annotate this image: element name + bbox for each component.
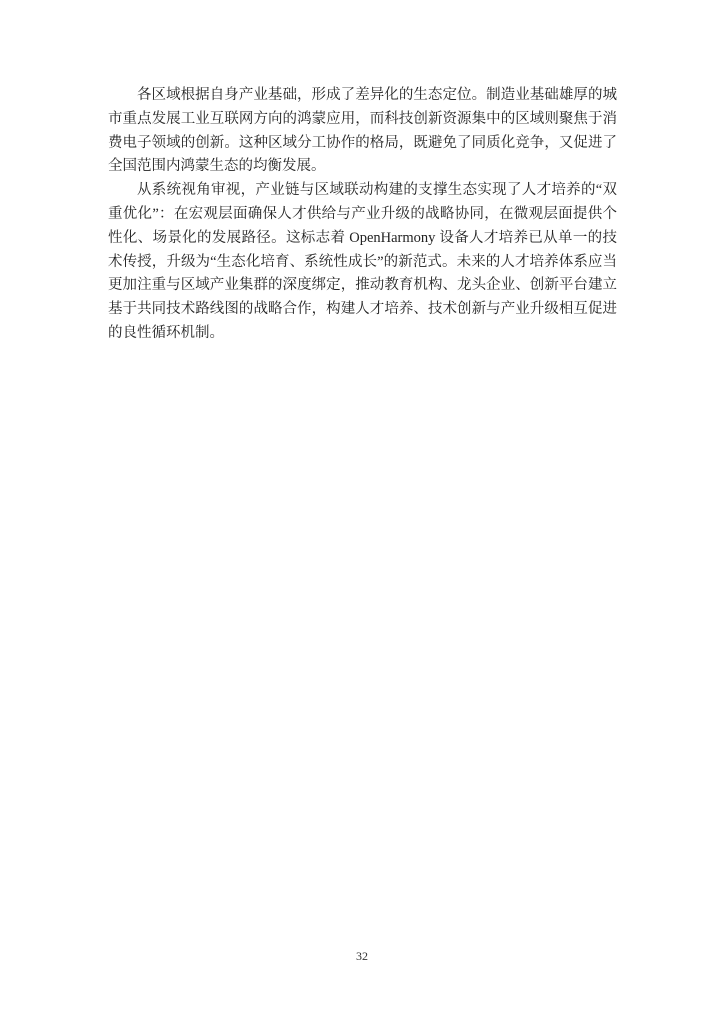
document-page: 各区域根据自身产业基础，形成了差异化的生态定位。制造业基础雄厚的城市重点发展工业… (0, 0, 724, 1024)
page-number: 32 (0, 948, 724, 964)
page-body-text: 各区域根据自身产业基础，形成了差异化的生态定位。制造业基础雄厚的城市重点发展工业… (108, 84, 617, 346)
paragraph-1: 各区域根据自身产业基础，形成了差异化的生态定位。制造业基础雄厚的城市重点发展工业… (108, 84, 617, 179)
paragraph-2: 从系统视角审视，产业链与区域联动构建的支撑生态实现了人才培养的“双重优化”：在宏… (108, 179, 617, 346)
